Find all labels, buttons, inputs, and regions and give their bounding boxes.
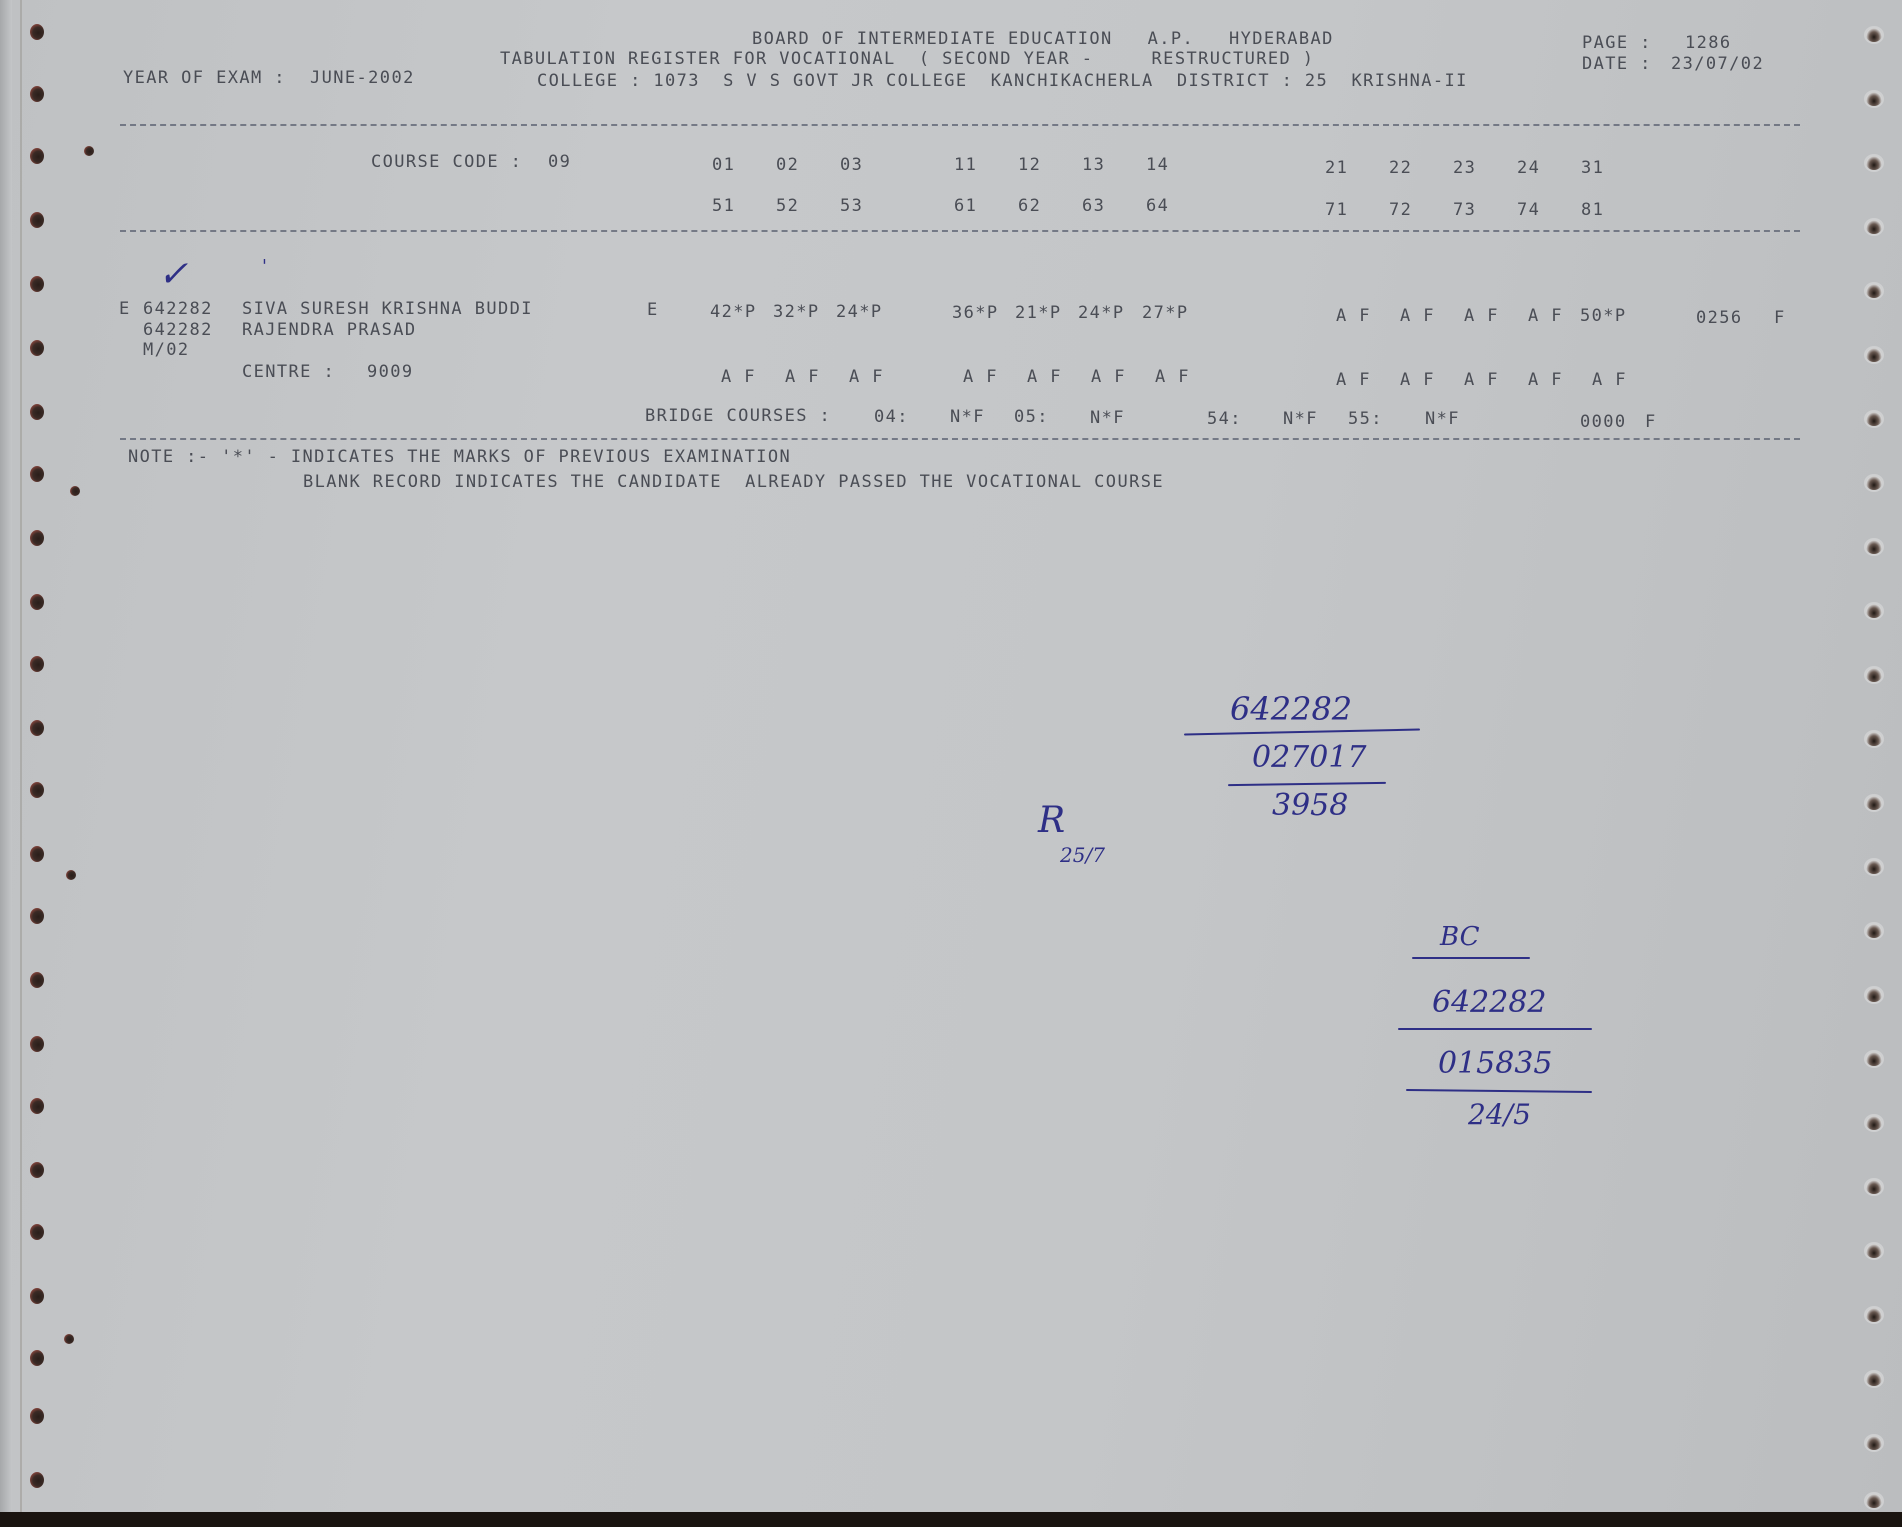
- course-col: 51: [712, 198, 735, 215]
- calc2-middle: 015835: [1438, 1046, 1553, 1081]
- tractor-hole-icon: [30, 276, 44, 292]
- bridge-code: 54:: [1207, 411, 1242, 428]
- tractor-hole-icon: [1866, 540, 1882, 554]
- tractor-hole-icon: [30, 148, 44, 164]
- underline: [1412, 957, 1530, 959]
- mark-cell: 24*P: [836, 304, 883, 321]
- hall-ticket-number: 642282: [143, 301, 213, 318]
- calc2-top: 642282: [1432, 985, 1547, 1020]
- tractor-hole-icon: [1866, 668, 1882, 682]
- tractor-hole-icon: [1866, 732, 1882, 746]
- tractor-hole-icon: [30, 846, 44, 862]
- centre-label: CENTRE :: [242, 364, 335, 381]
- mark-cell: A F: [1091, 369, 1126, 386]
- tractor-hole-icon: [30, 1162, 44, 1178]
- tractor-hole-icon: [30, 24, 44, 40]
- tractor-hole-icon: [30, 656, 44, 672]
- printout-sheet: [12, 0, 1902, 1512]
- tractor-hole-icon: [30, 212, 44, 228]
- tractor-hole-icon: [1866, 1494, 1882, 1508]
- mark-cell: A F: [1336, 308, 1371, 325]
- tractor-hole-icon: [1866, 604, 1882, 618]
- bridge-code: 04:: [874, 409, 909, 426]
- course-col: 31: [1581, 160, 1604, 177]
- course-col: 01: [712, 157, 735, 174]
- separator-line: [120, 230, 1800, 232]
- initials-signature: R: [1038, 800, 1065, 841]
- tractor-hole-icon: [1866, 924, 1882, 938]
- mark-cell: 36*P: [952, 305, 999, 322]
- tractor-hole-icon: [30, 1408, 44, 1424]
- course-col: 73: [1453, 202, 1476, 219]
- college-line: COLLEGE : 1073 S V S GOVT JR COLLEGE KAN…: [537, 73, 1468, 90]
- tractor-hole-icon: [30, 1098, 44, 1114]
- student-name: SIVA SURESH KRISHNA BUDDI: [242, 301, 533, 318]
- tractor-hole-icon: [1866, 92, 1882, 106]
- bridge-result: N*F: [1283, 411, 1318, 428]
- calc2-bottom: 24/5: [1468, 1098, 1531, 1131]
- mark-cell: A F: [785, 369, 820, 386]
- course-col: 61: [954, 198, 977, 215]
- torn-hole-icon: [66, 870, 76, 880]
- session: M/02: [143, 342, 190, 359]
- date-label: DATE :: [1582, 56, 1652, 73]
- torn-hole-icon: [70, 486, 80, 496]
- tractor-hole-icon: [1866, 284, 1882, 298]
- page-number: 1286: [1685, 35, 1732, 52]
- course-col: 52: [776, 198, 799, 215]
- course-col: 02: [776, 157, 799, 174]
- tractor-hole-icon: [1866, 1244, 1882, 1258]
- course-col: 11: [954, 157, 977, 174]
- tractor-hole-icon: [1866, 796, 1882, 810]
- total-marks: 0256: [1696, 310, 1743, 327]
- date-value: 23/07/02: [1671, 56, 1764, 73]
- bridge-result-final: F: [1645, 414, 1657, 431]
- tractor-hole-icon: [30, 1288, 44, 1304]
- tractor-hole-icon: [30, 404, 44, 420]
- bridge-result: N*F: [1425, 411, 1460, 428]
- board-title: BOARD OF INTERMEDIATE EDUCATION A.P. HYD…: [752, 31, 1334, 48]
- course-code-label: COURSE CODE :: [371, 154, 522, 171]
- separator-line: [120, 438, 1800, 440]
- mark-cell: A F: [1400, 308, 1435, 325]
- perforation-fold: [20, 0, 22, 1512]
- mark-cell: A F: [1155, 369, 1190, 386]
- mark-cell: 42*P: [710, 304, 757, 321]
- medium: E: [647, 302, 659, 319]
- course-col: 14: [1146, 157, 1169, 174]
- tractor-hole-icon: [1866, 1372, 1882, 1386]
- mark-cell: A F: [1336, 372, 1371, 389]
- tractor-hole-icon: [1866, 348, 1882, 362]
- calc1-top: 642282: [1230, 690, 1352, 728]
- mark-cell: 32*P: [773, 304, 820, 321]
- course-col: 74: [1517, 202, 1540, 219]
- mark-cell: 50*P: [1580, 308, 1627, 325]
- tractor-hole-icon: [30, 1224, 44, 1240]
- course-col: 53: [840, 198, 863, 215]
- page-label: PAGE :: [1582, 35, 1652, 52]
- course-col: 72: [1389, 202, 1412, 219]
- bridge-total: 0000: [1580, 414, 1627, 431]
- course-col: 81: [1581, 202, 1604, 219]
- tractor-hole-icon: [1866, 476, 1882, 490]
- tractor-hole-icon: [1866, 1308, 1882, 1322]
- tractor-hole-icon: [1866, 1180, 1882, 1194]
- course-col: 63: [1082, 198, 1105, 215]
- course-col: 03: [840, 157, 863, 174]
- course-col: 23: [1453, 160, 1476, 177]
- bridge-result: N*F: [1090, 410, 1125, 427]
- bridge-code: 55:: [1348, 411, 1383, 428]
- tractor-hole-icon: [30, 908, 44, 924]
- tick-mark: ': [262, 256, 267, 277]
- scan-background: [0, 1512, 1902, 1527]
- paper-stack-edge: [0, 0, 12, 1527]
- mark-cell: A F: [1400, 372, 1435, 389]
- mark-cell: 24*P: [1078, 305, 1125, 322]
- calc1-middle: 027017: [1252, 740, 1367, 775]
- mark-cell: A F: [1528, 308, 1563, 325]
- tractor-hole-icon: [30, 1472, 44, 1488]
- mark-cell: A F: [1027, 369, 1062, 386]
- tractor-hole-icon: [30, 466, 44, 482]
- tractor-hole-icon: [30, 1036, 44, 1052]
- centre-value: 9009: [367, 364, 414, 381]
- tractor-hole-icon: [1866, 1052, 1882, 1066]
- tractor-hole-icon: [30, 86, 44, 102]
- course-col: 21: [1325, 160, 1348, 177]
- mark-cell: 27*P: [1142, 305, 1189, 322]
- mark-cell: 21*P: [1015, 305, 1062, 322]
- course-code-value: 09: [548, 154, 571, 171]
- check-mark-icon: ✓: [158, 254, 188, 295]
- register-title: TABULATION REGISTER FOR VOCATIONAL ( SEC…: [500, 51, 1314, 68]
- separator-line: [120, 124, 1800, 126]
- initials-date: 25/7: [1060, 843, 1105, 867]
- mark-cell: A F: [1592, 372, 1627, 389]
- calc2-label: BC: [1440, 922, 1479, 952]
- bridge-courses-label: BRIDGE COURSES :: [645, 408, 831, 425]
- tractor-hole-icon: [30, 720, 44, 736]
- mark-cell: A F: [721, 369, 756, 386]
- bridge-result: N*F: [950, 409, 985, 426]
- mark-cell: A F: [963, 369, 998, 386]
- tractor-hole-icon: [1866, 156, 1882, 170]
- tractor-hole-icon: [30, 530, 44, 546]
- course-col: 13: [1082, 157, 1105, 174]
- record-prefix: E: [119, 301, 131, 318]
- tractor-hole-icon: [30, 782, 44, 798]
- mark-cell: A F: [849, 369, 884, 386]
- tractor-hole-icon: [1866, 860, 1882, 874]
- mark-cell: A F: [1464, 308, 1499, 325]
- underline: [1398, 1028, 1592, 1030]
- father-name: RAJENDRA PRASAD: [242, 322, 417, 339]
- course-col: 64: [1146, 198, 1169, 215]
- calc1-bottom: 3958: [1272, 788, 1348, 823]
- torn-hole-icon: [64, 1334, 74, 1344]
- tractor-hole-icon: [30, 972, 44, 988]
- tractor-hole-icon: [1866, 28, 1882, 42]
- course-col: 12: [1018, 157, 1041, 174]
- note-line-1: NOTE :- '*' - INDICATES THE MARKS OF PRE…: [128, 449, 791, 466]
- course-col: 71: [1325, 202, 1348, 219]
- course-col: 24: [1517, 160, 1540, 177]
- tractor-hole-icon: [1866, 1116, 1882, 1130]
- hall-ticket-number-2: 642282: [143, 322, 213, 339]
- year-of-exam-label: YEAR OF EXAM :: [123, 70, 286, 87]
- mark-cell: A F: [1464, 372, 1499, 389]
- tractor-hole-icon: [1866, 988, 1882, 1002]
- tractor-hole-icon: [30, 594, 44, 610]
- year-of-exam-value: JUNE-2002: [310, 70, 415, 87]
- course-col: 22: [1389, 160, 1412, 177]
- course-col: 62: [1018, 198, 1041, 215]
- bridge-code: 05:: [1014, 409, 1049, 426]
- tractor-hole-icon: [1866, 412, 1882, 426]
- tractor-hole-icon: [1866, 1436, 1882, 1450]
- torn-hole-icon: [84, 146, 94, 156]
- tractor-hole-icon: [30, 1350, 44, 1366]
- tractor-hole-icon: [1866, 220, 1882, 234]
- mark-cell: A F: [1528, 372, 1563, 389]
- tractor-hole-icon: [30, 340, 44, 356]
- result: F: [1774, 310, 1786, 327]
- note-line-2: BLANK RECORD INDICATES THE CANDIDATE ALR…: [303, 474, 1164, 491]
